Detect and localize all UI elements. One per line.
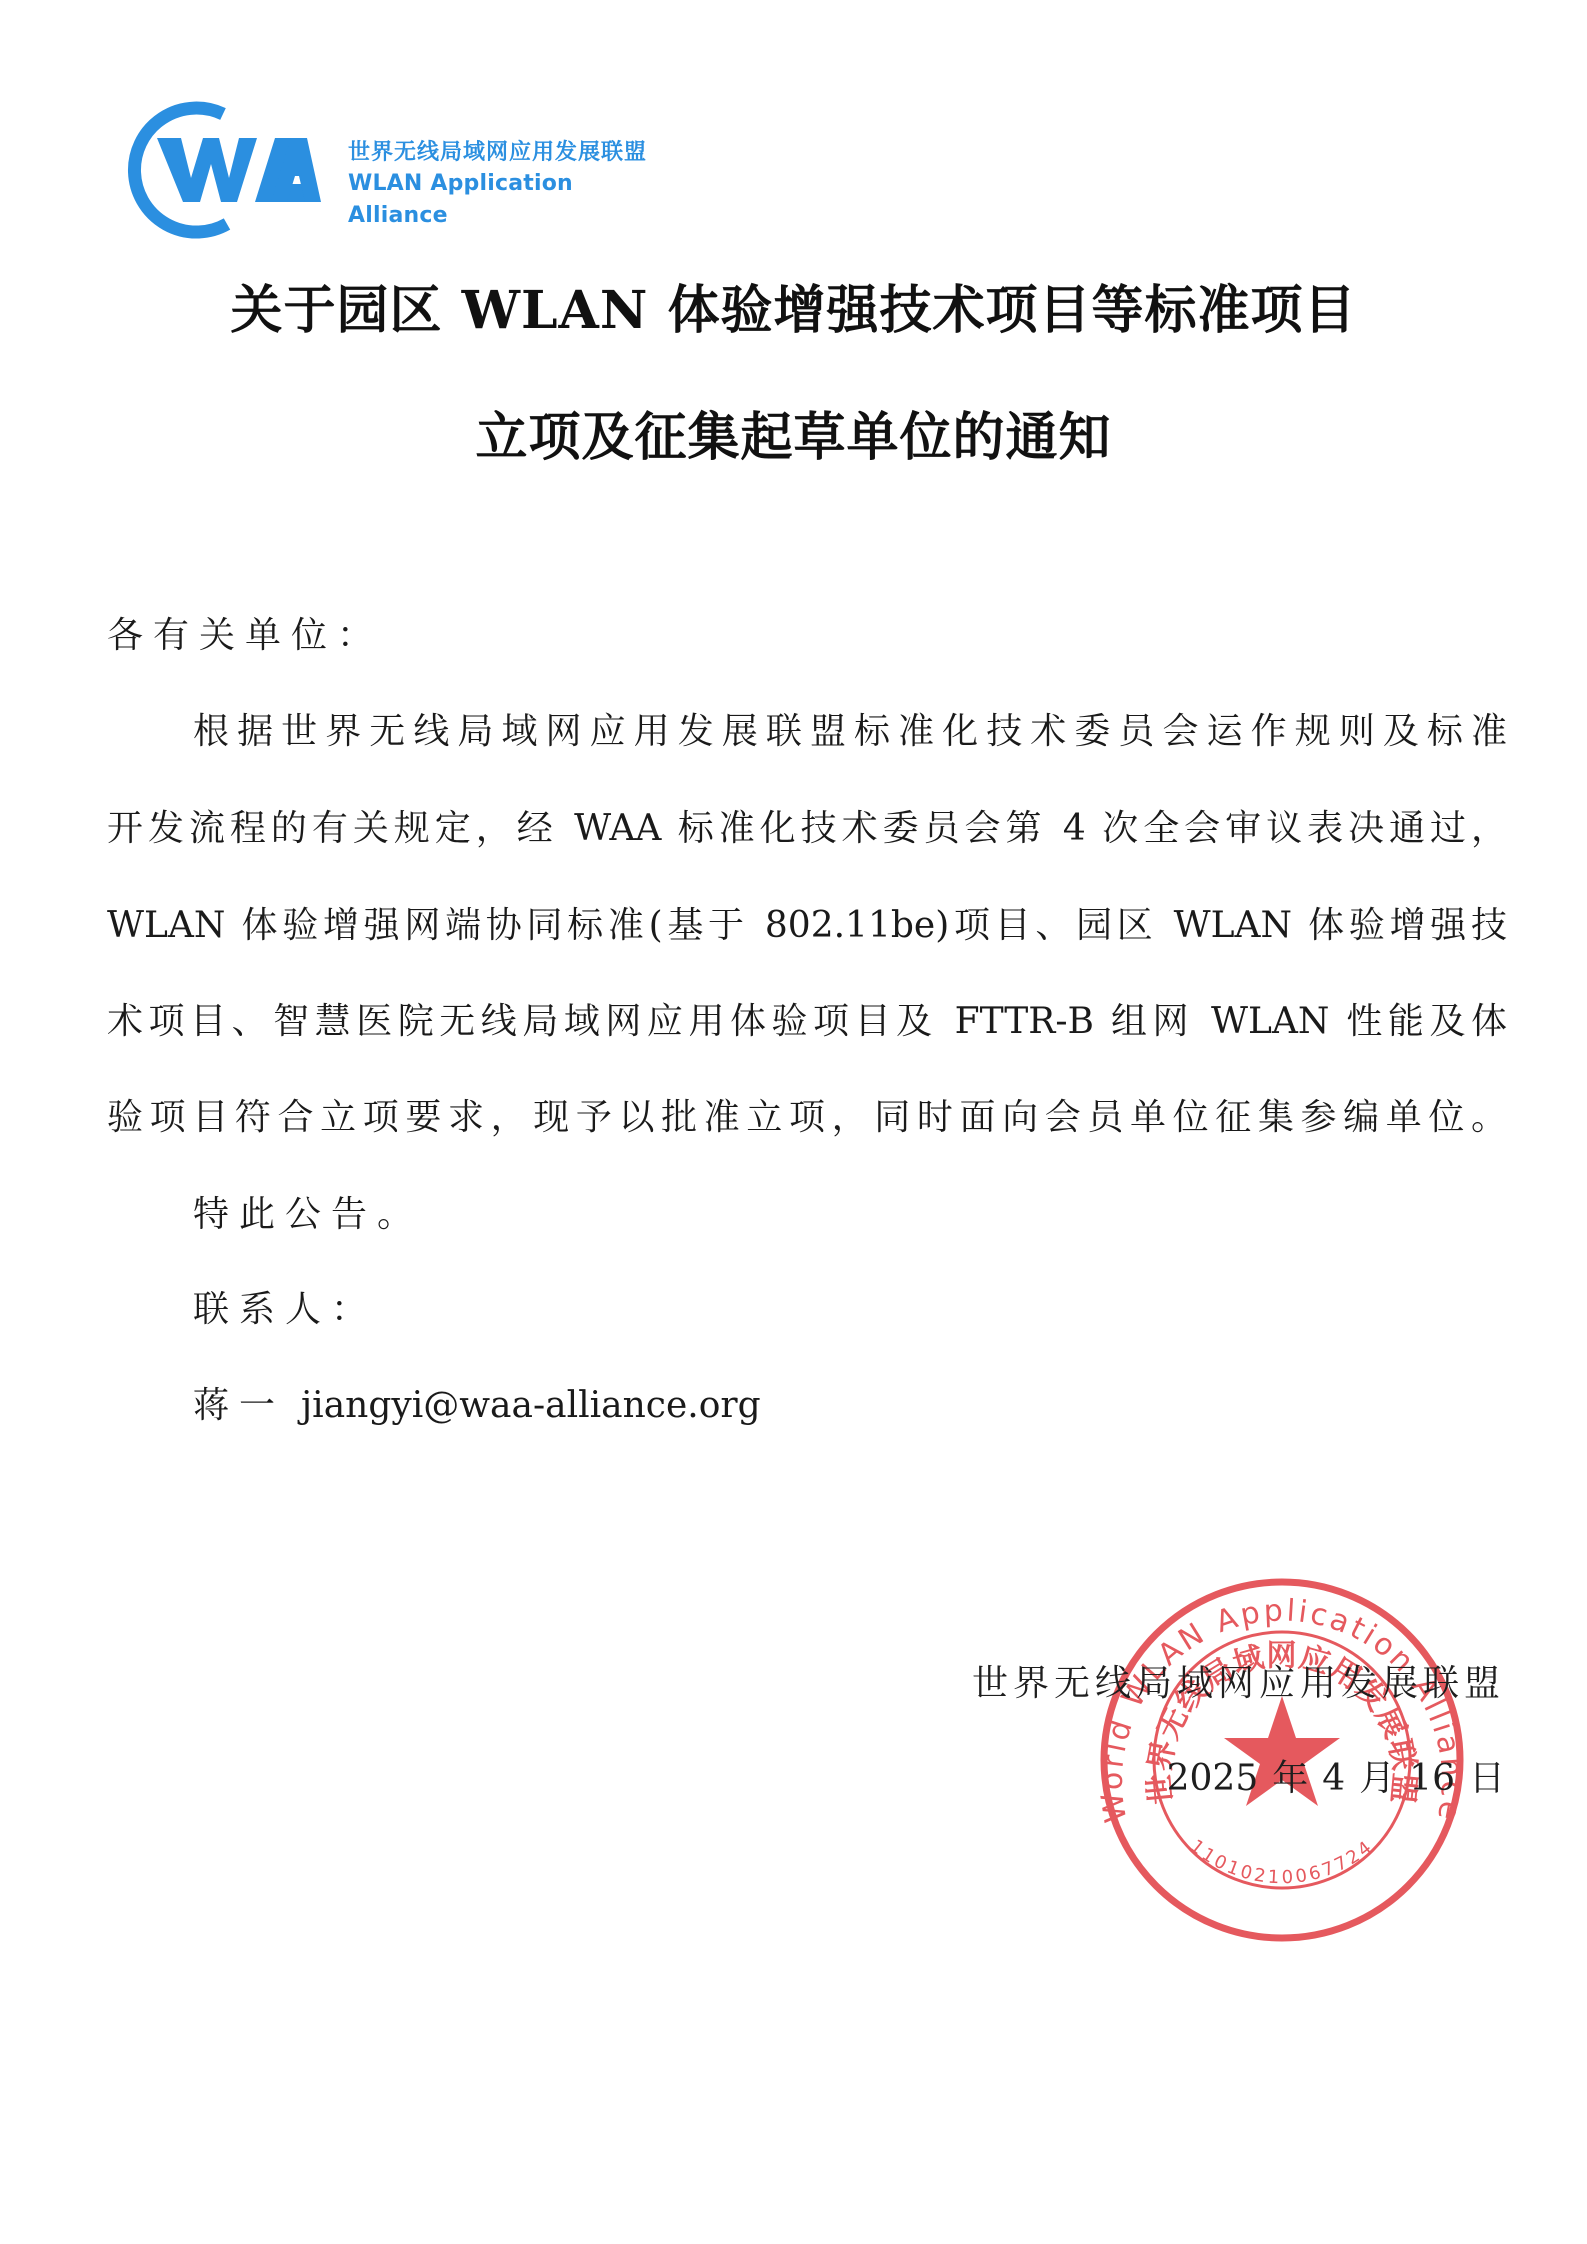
date-day: 16	[1409, 1758, 1455, 1799]
closing-statement: 特此公告。	[193, 1191, 423, 1239]
date-year-unit: 年	[1272, 1758, 1308, 1799]
date-month-unit: 月	[1359, 1758, 1395, 1799]
salutation: 各有关单位：	[107, 612, 383, 660]
signature-organization: 世界无线局域网应用发展联盟	[972, 1660, 1505, 1708]
signature-date: 2025年4月16日	[1167, 1755, 1505, 1803]
body-line: 开发流程的有关规定，经 WAA 标准化技术委员会第 4 次全会审议表决通过，	[107, 805, 1507, 853]
logo-name-cn: 世界无线局域网应用发展联盟	[348, 138, 665, 168]
svg-text:1101021006772​4: 1101021006772​4	[1186, 1836, 1378, 1889]
contact-name: 蒋一	[193, 1385, 285, 1426]
logo-name-en: WLAN Application Alliance	[348, 168, 665, 232]
document-title-line-1: 关于园区 WLAN 体验增强技术项目等标准项目	[0, 268, 1587, 343]
body-line: 验项目符合立项要求，现予以批准立项，同时面向会员单位征集参编单位。	[107, 1094, 1507, 1142]
document-title-line-2: 立项及征集起草单位的通知	[0, 395, 1587, 470]
contact-line: 蒋一jiangyi@waa-alliance.org	[193, 1382, 761, 1430]
body-line: 根据世界无线局域网应用发展联盟标准化技术委员会运作规则及标准	[193, 708, 1507, 756]
waa-logo-mark-icon	[105, 100, 325, 240]
body-line: 术项目、智慧医院无线局域网应用体验项目及 FTTR-B 组网 WLAN 性能及体	[107, 998, 1507, 1046]
stamp-registration-number: 1101021006772​4	[1186, 1836, 1378, 1889]
date-year: 2025	[1167, 1758, 1259, 1799]
body-line: WLAN 体验增强网端协同标准(基于 802.11be)项目、园区 WLAN 体…	[107, 902, 1507, 950]
contact-email-link[interactable]: jiangyi@waa-alliance.org	[301, 1385, 761, 1426]
contact-label: 联系人：	[193, 1286, 377, 1334]
waa-logo: 世界无线局域网应用发展联盟 WLAN Application Alliance	[105, 100, 665, 240]
date-month: 4	[1322, 1758, 1345, 1799]
date-day-unit: 日	[1469, 1758, 1505, 1799]
